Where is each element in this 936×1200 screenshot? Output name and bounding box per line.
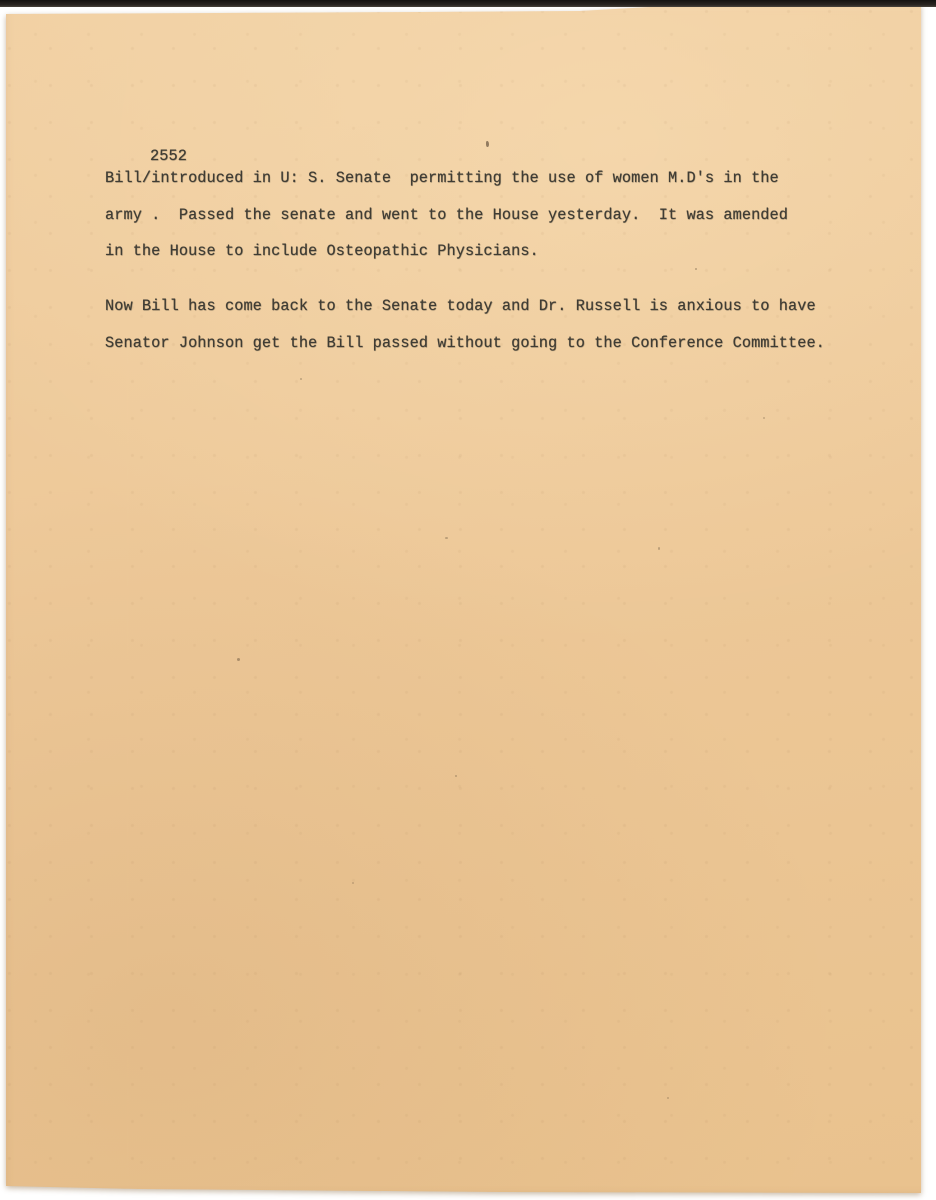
page-number: 2552 <box>150 148 187 164</box>
scan-edge-bar <box>0 0 936 7</box>
ink-speck <box>455 775 457 777</box>
ink-speck <box>667 1097 669 1099</box>
ink-speck <box>237 658 240 661</box>
ink-speck <box>352 882 354 884</box>
paragraph-1-line-1: Bill/introduced in U: S. Senate permitti… <box>105 170 779 186</box>
paper-shadow-wrap: 2552 Bill/introduced in U: S. Senate per… <box>0 0 936 1200</box>
paragraph-1-line-2: army . Passed the senate and went to the… <box>105 207 788 223</box>
scanned-document: 2552 Bill/introduced in U: S. Senate per… <box>0 0 936 1200</box>
typewritten-text: 2552 Bill/introduced in U: S. Senate per… <box>105 0 925 400</box>
ink-speck <box>763 417 765 419</box>
paragraph-2-line-1: Now Bill has come back to the Senate tod… <box>105 298 816 314</box>
paragraph-2-line-2: Senator Johnson get the Bill passed with… <box>105 335 825 351</box>
ink-speck <box>658 547 660 550</box>
paper-page: 2552 Bill/introduced in U: S. Senate per… <box>0 0 936 1200</box>
paragraph-1-line-3: in the House to include Osteopathic Phys… <box>105 243 539 259</box>
ink-speck <box>445 537 448 539</box>
